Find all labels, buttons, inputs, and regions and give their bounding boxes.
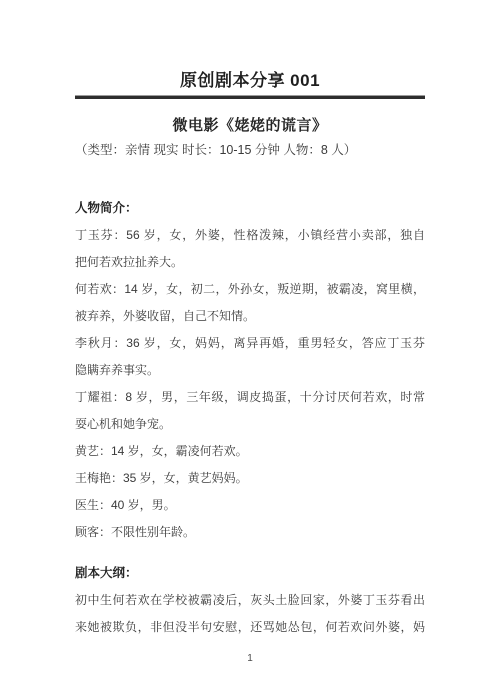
title-divider bbox=[75, 95, 425, 99]
text-line: 把何若欢拉扯养大。 bbox=[75, 249, 425, 276]
text-line: 丁耀祖：8 岁，男，三年级，调皮捣蛋，十分讨厌何若欢，时常 bbox=[75, 384, 425, 411]
document-page: 原创剧本分享 001 微电影《姥姥的谎言》 （类型：亲情 现实 时长：10-15… bbox=[0, 0, 500, 694]
text-line: 来她被欺负，非但没半句安慰，还骂她怂包，何若欢问外婆，妈 bbox=[75, 614, 425, 641]
page-title: 原创剧本分享 001 bbox=[75, 70, 425, 92]
sections: 人物简介：丁玉芬：56 岁，女，外婆，性格泼辣，小镇经营小卖部，独自把何若欢拉扯… bbox=[75, 195, 425, 641]
section-2: 剧本大纲：初中生何若欢在学校被霸凌后，灰头土脸回家，外婆丁玉芬看出来她被欺负，非… bbox=[75, 560, 425, 641]
text-line: 丁玉芬：56 岁，女，外婆，性格泼辣，小镇经营小卖部，独自 bbox=[75, 222, 425, 249]
text-line: 何若欢：14 岁，女，初二，外孙女，叛逆期，被霸凌，窝里横， bbox=[75, 276, 425, 303]
text-line: 顾客：不限性别年龄。 bbox=[75, 519, 425, 546]
text-line: 王梅艳：35 岁，女，黄艺妈妈。 bbox=[75, 465, 425, 492]
text-line: 初中生何若欢在学校被霸凌后，灰头土脸回家，外婆丁玉芬看出 bbox=[75, 587, 425, 614]
text-line: 耍心机和她争宠。 bbox=[75, 411, 425, 438]
section-heading: 剧本大纲： bbox=[75, 560, 425, 587]
doc-meta-line: （类型：亲情 现实 时长：10-15 分钟 人物：8 人） bbox=[75, 142, 425, 158]
section-heading: 人物简介： bbox=[75, 195, 425, 222]
text-line: 被弃养，外婆收留，自己不知情。 bbox=[75, 303, 425, 330]
text-line: 李秋月：36 岁，女，妈妈，离异再婚，重男轻女，答应丁玉芬 bbox=[75, 330, 425, 357]
text-line: 黄艺：14 岁，女，霸凌何若欢。 bbox=[75, 438, 425, 465]
text-line: 医生：40 岁，男。 bbox=[75, 492, 425, 519]
doc-subtitle: 微电影《姥姥的谎言》 bbox=[75, 115, 425, 137]
page-number: 1 bbox=[0, 653, 500, 664]
section-1: 人物简介：丁玉芬：56 岁，女，外婆，性格泼辣，小镇经营小卖部，独自把何若欢拉扯… bbox=[75, 195, 425, 546]
text-line: 隐瞒弃养事实。 bbox=[75, 357, 425, 384]
